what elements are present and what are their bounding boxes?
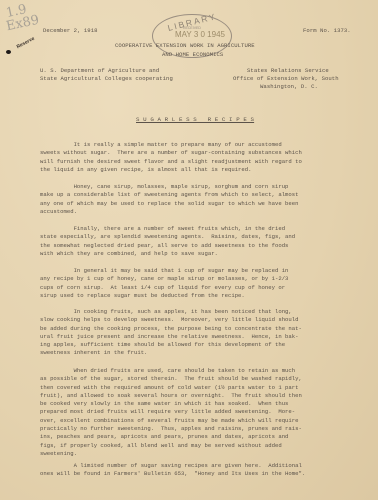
reserve-stamp: Reserve (16, 36, 36, 50)
paragraph-cooking-fruits: In cooking fruits, such as apples, it ha… (40, 308, 302, 358)
agency-right-line3: Washington, D. C. (260, 83, 318, 91)
paragraph-additional-recipes: A limited number of sugar saving recipes… (40, 462, 305, 479)
paragraph-substitution: In general it may be said that 1 cup of … (40, 267, 288, 300)
ink-dot (6, 50, 11, 54)
stamp-date: MAY 3 0 1945 (175, 30, 225, 39)
agency-left-line2: State Agricultural Colleges cooperating (40, 75, 173, 83)
paragraph-intro: It is really a simple matter to prepare … (40, 141, 302, 174)
document-title: S U G A R L E S S R E C I P E S (136, 116, 254, 124)
paragraph-dried-fruits: Finally, there are a number of sweet fru… (40, 225, 295, 258)
document-date: December 2, 1918 (43, 27, 98, 35)
paragraph-sweeteners: Honey, cane sirup, molasses, maple sirup… (40, 183, 298, 216)
cooperative-header-line2: AND HOME ECONOMICS (162, 51, 223, 59)
form-number: Form No. 1373. (303, 27, 351, 35)
paragraph-dried-fruit-preparation: When dried fruits are used, care should … (40, 367, 302, 458)
cooperative-header-line1: COOPERATIVE EXTENSION WORK IN AGRICULTUR… (115, 42, 255, 50)
